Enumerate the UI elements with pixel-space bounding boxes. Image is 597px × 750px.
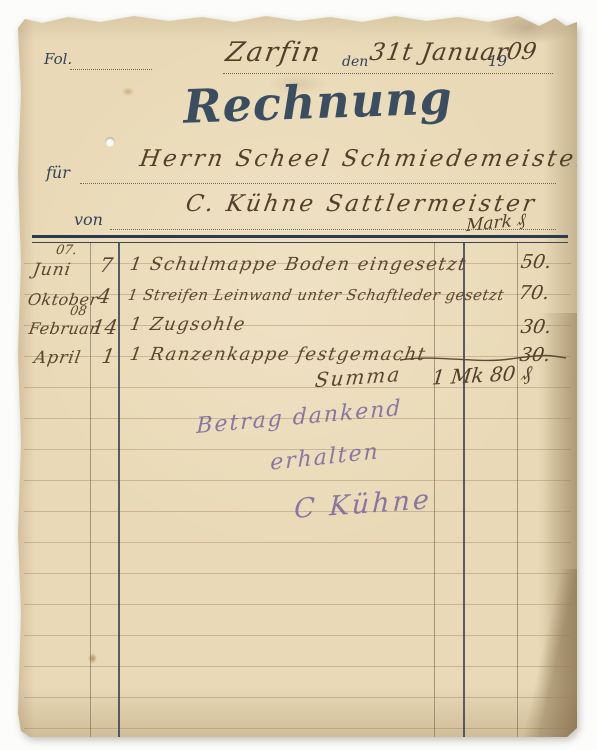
row-year: 07. <box>55 243 78 258</box>
row-month: Oktober <box>26 290 99 309</box>
paper-shadow: Fol. Zarfin den 31t Januar 19 09 Rechnun… <box>0 0 597 750</box>
fuer-dotted-line <box>80 182 556 184</box>
row-month: Februar <box>27 319 99 338</box>
row-description: 1 Streifen Leinwand unter Schaftleder ge… <box>127 286 506 304</box>
column-line <box>434 243 435 737</box>
row-month: Juni <box>31 260 72 280</box>
column-line <box>90 243 91 737</box>
row-description: 1 Zugsohle <box>128 314 247 335</box>
place-name: Zarfin <box>224 37 325 68</box>
stain <box>122 87 134 96</box>
double-rule-thick <box>32 235 568 238</box>
date-den-label: den <box>342 54 368 70</box>
punch-hole <box>105 137 115 147</box>
row-month: April <box>32 348 82 368</box>
date-year-printed: 19 <box>488 52 507 70</box>
von-label: von <box>74 210 103 229</box>
scanned-invoice: Fol. Zarfin den 31t Januar 19 09 Rechnun… <box>0 0 597 750</box>
row-description: 1 Ranzenkappe festgemacht <box>128 344 428 365</box>
total-amount: 1 Mk 80 ₰ <box>431 360 533 390</box>
row-day: 14 <box>90 315 119 339</box>
invoice-title: Rechnung <box>167 70 469 134</box>
row-description: 1 Schulmappe Boden eingesetzt <box>128 254 468 275</box>
row-amount: 50. <box>519 251 553 273</box>
row-amount: 70. <box>517 282 551 304</box>
fol-label: Fol. <box>44 50 72 68</box>
date-year-written: 09 <box>505 39 538 65</box>
row-year: 08 <box>69 304 88 319</box>
recipient-name: Herrn Scheel Schmiedemeister <box>138 146 592 172</box>
fol-dotted-line <box>70 68 152 70</box>
row-amount: 30. <box>519 316 553 338</box>
double-rule-thin <box>32 242 568 243</box>
invoice-paper: Fol. Zarfin den 31t Januar 19 09 Rechnun… <box>18 13 577 737</box>
column-line <box>463 243 465 737</box>
column-line <box>517 243 518 737</box>
fuer-label: für <box>46 163 70 182</box>
